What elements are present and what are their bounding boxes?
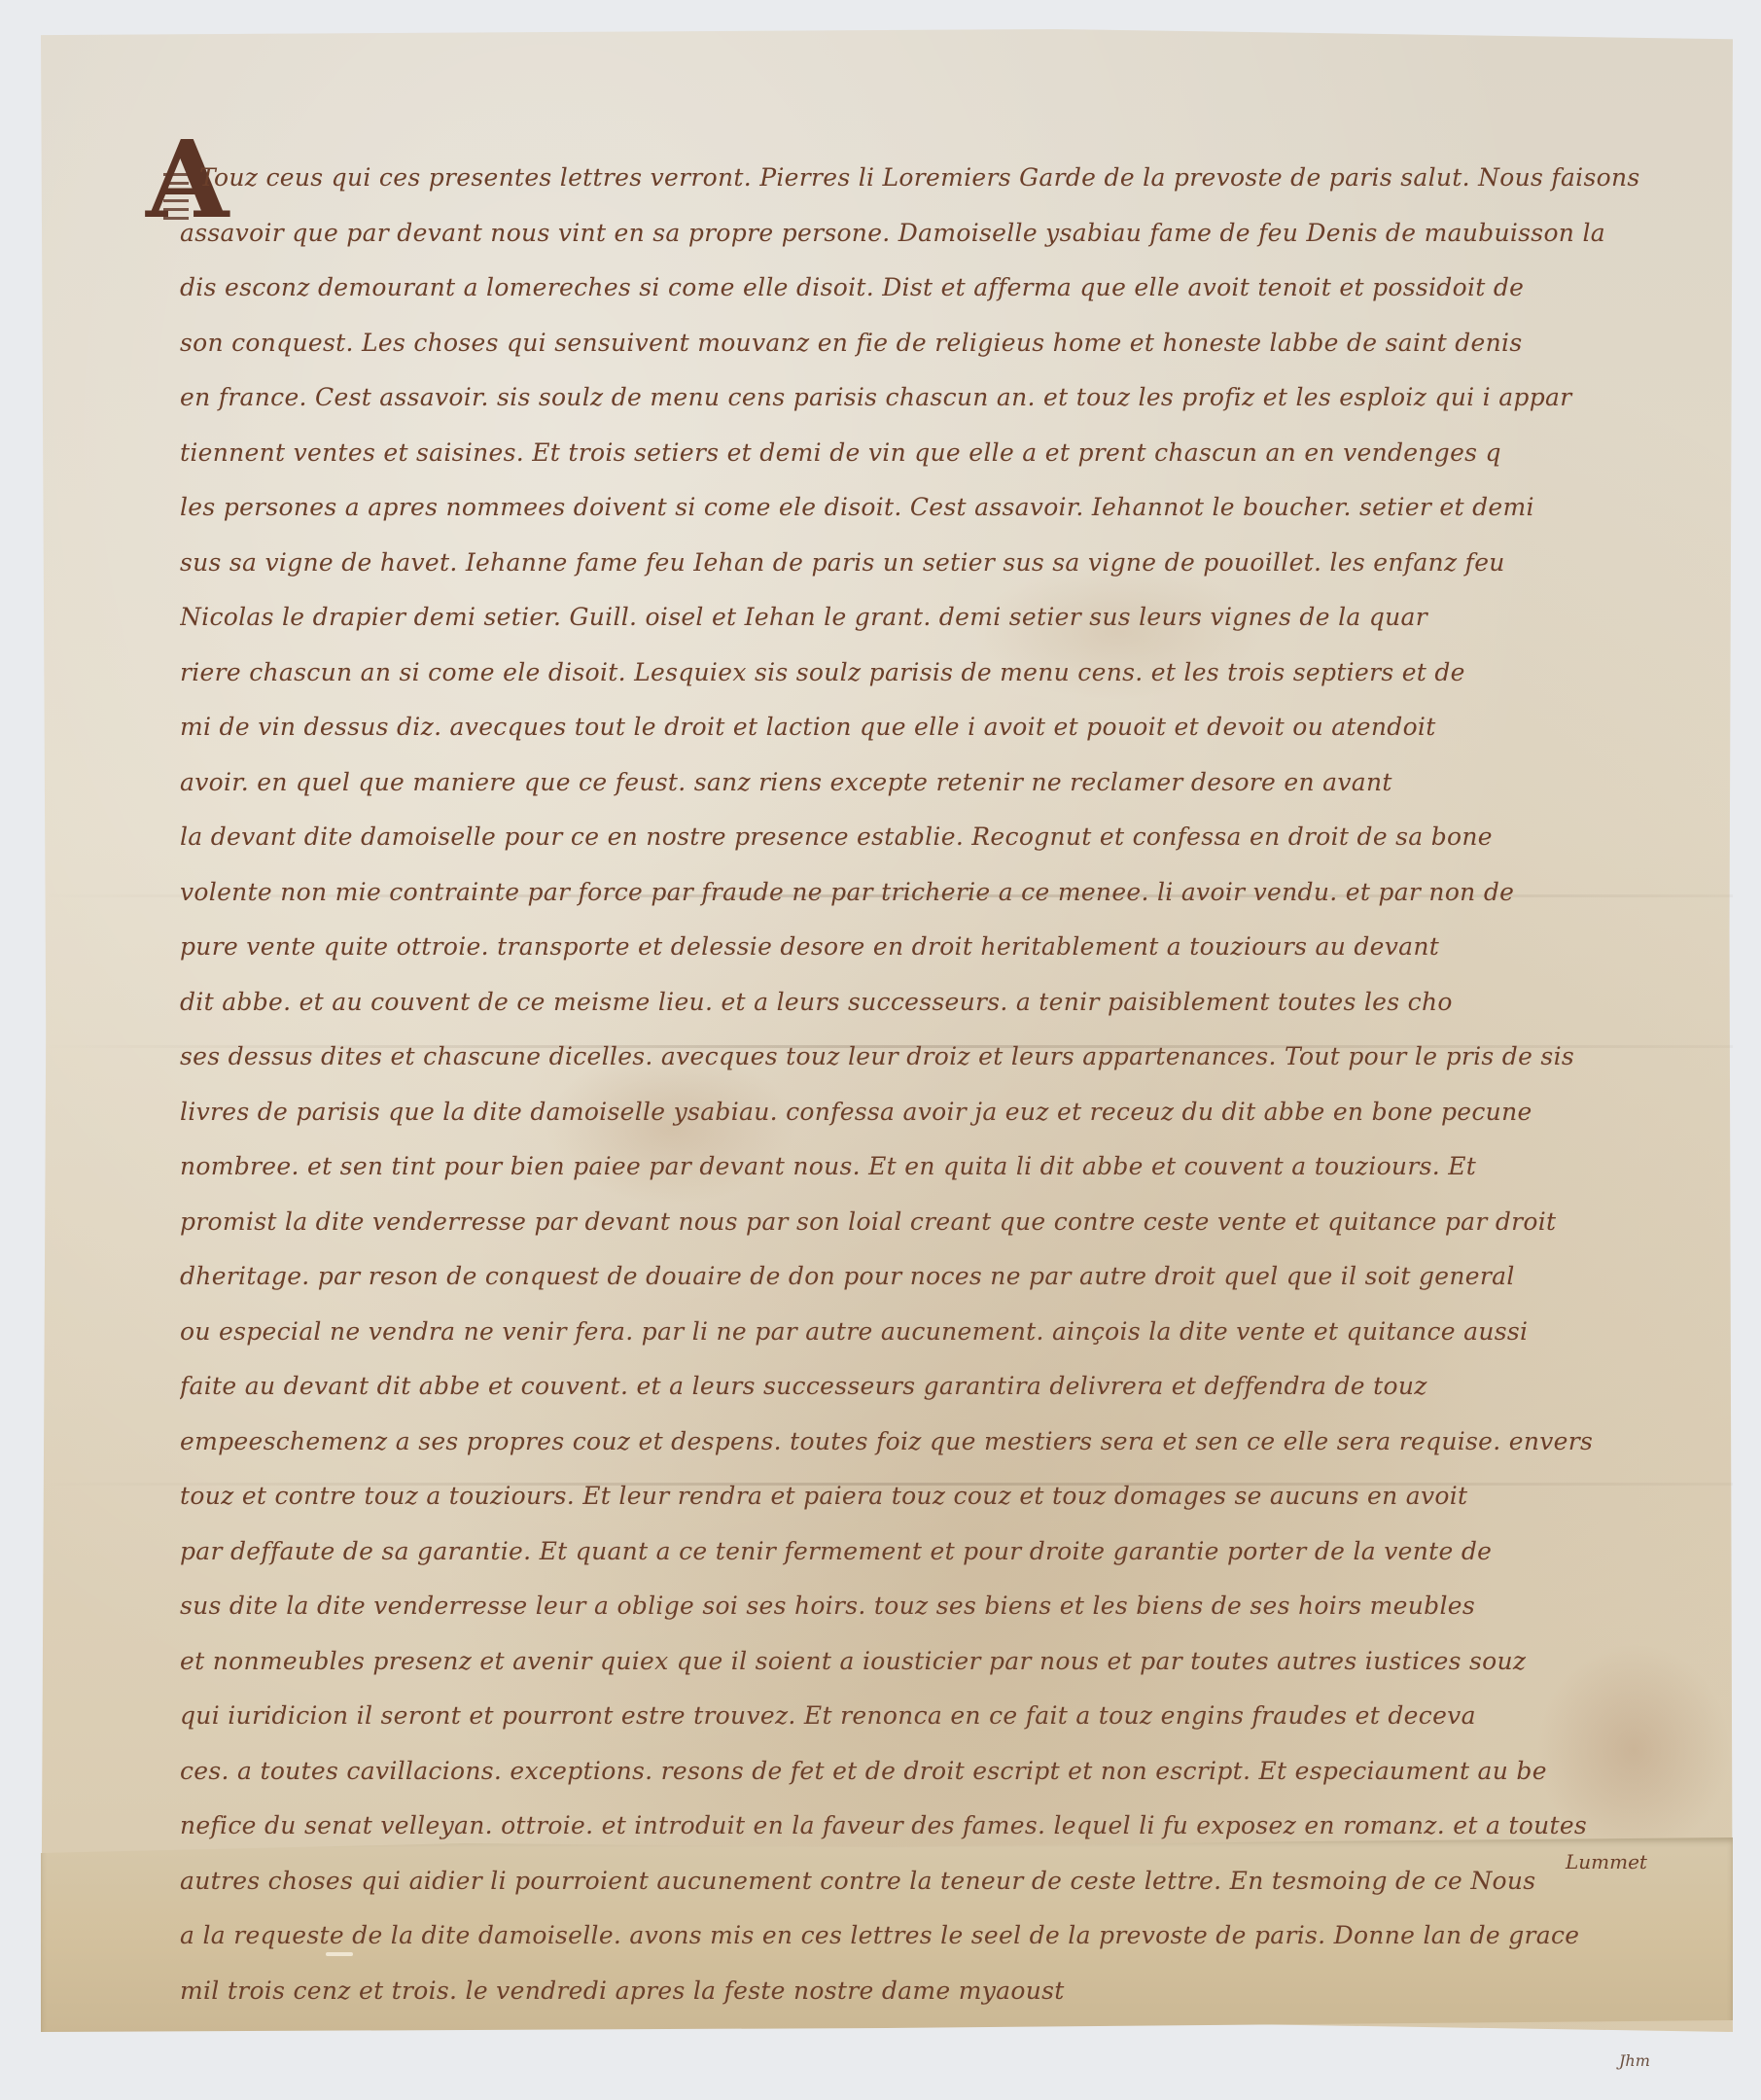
text-line: ces. a toutes cavillacions. exceptions. … [180, 1744, 1668, 1800]
text-line: nombree. et sen tint pour bien paiee par… [180, 1139, 1668, 1195]
text-line: pure vente quite ottroie. transporte et … [180, 920, 1668, 975]
text-line: qui iuridicion il seront et pourront est… [180, 1689, 1668, 1744]
text-line: sus sa vigne de havet. Iehanne fame feu … [180, 536, 1668, 591]
text-line: son conquest. Les choses qui sensuivent … [180, 316, 1668, 371]
text-line: touz et contre touz a touziours. Et leur… [180, 1469, 1668, 1524]
text-line: avoir. en quel que maniere que ce feust.… [180, 755, 1668, 811]
text-line: ses dessus dites et chascune dicelles. a… [180, 1030, 1668, 1085]
text-line: empeeschemenz a ses propres couz et desp… [180, 1415, 1668, 1470]
text-line: Nicolas le drapier demi setier. Guill. o… [180, 590, 1668, 646]
scribe-signature: Lummet [1566, 1850, 1647, 1873]
plica-annotation: Jhm [1619, 2051, 1650, 2070]
text-line: par deffaute de sa garantie. Et quant a … [180, 1524, 1668, 1580]
text-line: dheritage. par reson de conquest de doua… [180, 1249, 1668, 1305]
charter-text: Touz ceus qui ces presentes lettres verr… [180, 151, 1668, 2018]
text-line: tiennent ventes et saisines. Et trois se… [180, 426, 1668, 481]
text-line: autres choses qui aidier li pourroient a… [180, 1854, 1668, 1909]
text-line: promist la dite venderresse par devant n… [180, 1195, 1668, 1250]
text-line: ou especial ne vendra ne venir fera. par… [180, 1305, 1668, 1360]
text-line: mi de vin dessus diz. avecques tout le d… [180, 700, 1668, 755]
text-line: dis esconz demourant a lomereches si com… [180, 261, 1668, 316]
text-line: mil trois cenz et trois. le vendredi apr… [180, 1964, 1668, 2019]
text-line: la devant dite damoiselle pour ce en nos… [180, 810, 1668, 865]
text-line: nefice du senat velleyan. ottroie. et in… [180, 1799, 1668, 1854]
text-line: les persones a apres nommees doivent si … [180, 480, 1668, 536]
text-line: livres de parisis que la dite damoiselle… [180, 1085, 1668, 1140]
text-line: en france. Cest assavoir. sis soulz de m… [180, 370, 1668, 426]
text-line: sus dite la dite venderresse leur a obli… [180, 1579, 1668, 1634]
text-line: volente non mie contrainte par force par… [180, 865, 1668, 921]
text-line: Touz ceus qui ces presentes lettres verr… [180, 151, 1668, 206]
text-line: riere chascun an si come ele disoit. Les… [180, 646, 1668, 701]
text-line: assavoir que par devant nous vint en sa … [180, 206, 1668, 262]
text-line: et nonmeubles presenz et avenir quiex qu… [180, 1634, 1668, 1690]
text-line: dit abbe. et au couvent de ce meisme lie… [180, 975, 1668, 1031]
text-line: faite au devant dit abbe et couvent. et … [180, 1359, 1668, 1415]
text-line: a la requeste de la dite damoiselle. avo… [180, 1908, 1668, 1964]
